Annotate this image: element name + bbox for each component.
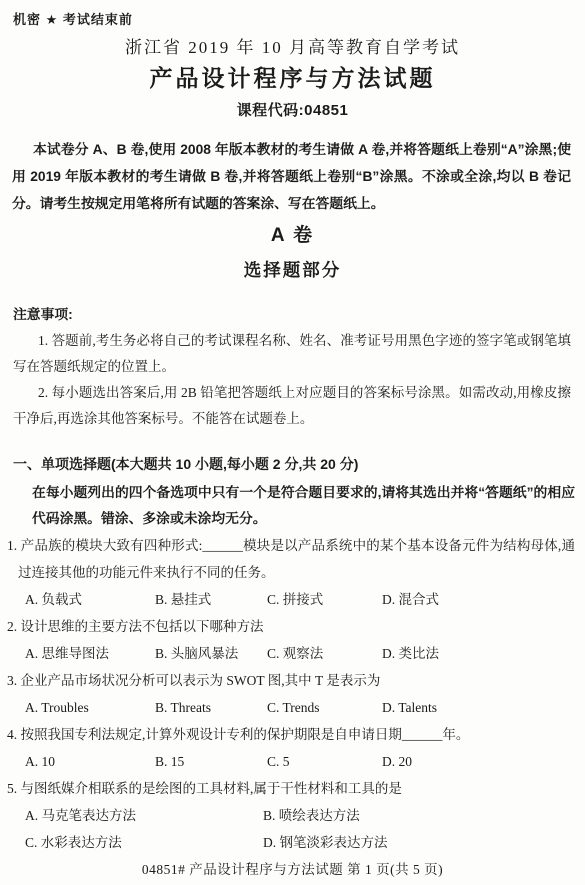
option-a: A. 10 xyxy=(25,748,155,775)
option-d: D. Talents xyxy=(382,694,577,721)
options-row: A. 思维导图法 B. 头脑风暴法 C. 观察法 D. 类比法 xyxy=(25,640,577,667)
option-b: B. 喷绘表达方法 xyxy=(263,802,577,829)
options-row: A. 负载式 B. 悬挂式 C. 拼接式 D. 混合式 xyxy=(25,586,577,613)
options-row: A. 10 B. 15 C. 5 D. 20 xyxy=(25,748,577,775)
single-choice-instruction: 在每小题列出的四个备选项中只有一个是符合题目要求的,请将其选出并将“答题纸”的相… xyxy=(32,480,575,532)
option-c: C. 观察法 xyxy=(267,640,382,667)
option-a: A. 马克笔表达方法 xyxy=(25,802,263,829)
option-d: D. 混合式 xyxy=(382,586,577,613)
option-b: B. 悬挂式 xyxy=(155,586,267,613)
question-text: 4. 按照我国专利法规定,计算外观设计专利的保护期限是自申请日期______年。 xyxy=(7,721,575,748)
question-block-3: 3. 企业产品市场状况分析可以表示为 SWOT 图,其中 T 是表示为 A. T… xyxy=(0,667,585,721)
section-title: 选择题部分 xyxy=(0,258,585,282)
single-choice-heading: 一、单项选择题(本大题共 10 小题,每小题 2 分,共 20 分) xyxy=(13,454,575,475)
option-d: D. 20 xyxy=(382,748,577,775)
paper-title: 产品设计程序与方法试题 xyxy=(0,63,585,93)
option-c: C. Trends xyxy=(267,694,382,721)
question-text: 1. 产品族的模块大致有四种形式:______模块是以产品系统中的某个基本设备元… xyxy=(7,532,575,586)
option-c: C. 拼接式 xyxy=(267,586,382,613)
course-code: 课程代码:04851 xyxy=(0,100,585,121)
note-item-2: 2. 每小题选出答案后,用 2B 铅笔把答题纸上对应题目的答案标号涂黑。如需改动… xyxy=(13,380,571,432)
question-block-4: 4. 按照我国专利法规定,计算外观设计专利的保护期限是自申请日期______年。… xyxy=(0,721,585,775)
ab-volume-notice: 本试卷分 A、B 卷,使用 2008 年版本教材的考生请做 A 卷,并将答题纸上… xyxy=(12,136,571,217)
volume-a-heading: A 卷 xyxy=(0,223,585,249)
question-text: 2. 设计思维的主要方法不包括以下哪种方法 xyxy=(7,613,575,640)
option-c: C. 5 xyxy=(267,748,382,775)
option-d: D. 类比法 xyxy=(382,640,577,667)
question-block-5: 5. 与图纸媒介相联系的是绘图的工具材料,属于干性材料和工具的是 A. 马克笔表… xyxy=(0,775,585,856)
question-text: 3. 企业产品市场状况分析可以表示为 SWOT 图,其中 T 是表示为 xyxy=(7,667,575,694)
question-text: 5. 与图纸媒介相联系的是绘图的工具材料,属于干性材料和工具的是 xyxy=(7,775,575,802)
exam-title: 浙江省 2019 年 10 月高等教育自学考试 xyxy=(0,36,585,60)
option-b: B. 15 xyxy=(155,748,267,775)
options-row: A. Troubles B. Threats C. Trends D. Tale… xyxy=(25,694,577,721)
page-footer: 04851# 产品设计程序与方法试题 第 1 页(共 5 页) xyxy=(0,860,585,879)
option-a: A. 负载式 xyxy=(25,586,155,613)
option-d: D. 钢笔淡彩表达方法 xyxy=(263,829,577,856)
options-grid: A. 马克笔表达方法 B. 喷绘表达方法 C. 水彩表达方法 D. 钢笔淡彩表达… xyxy=(25,802,577,856)
note-item-1: 1. 答题前,考生务必将自己的考试课程名称、姓名、准考证号用黑色字迹的签字笔或钢… xyxy=(13,328,571,380)
exam-paper-page: 机密 ★ 考试结束前 浙江省 2019 年 10 月高等教育自学考试 产品设计程… xyxy=(0,0,585,885)
option-c: C. 水彩表达方法 xyxy=(25,829,263,856)
option-b: B. Threats xyxy=(155,694,267,721)
question-block-1: 1. 产品族的模块大致有四种形式:______模块是以产品系统中的某个基本设备元… xyxy=(0,532,585,613)
notes-heading: 注意事项: xyxy=(13,305,585,325)
option-a: A. 思维导图法 xyxy=(25,640,155,667)
confidential-label: 机密 ★ 考试结束前 xyxy=(13,11,585,28)
question-block-2: 2. 设计思维的主要方法不包括以下哪种方法 A. 思维导图法 B. 头脑风暴法 … xyxy=(0,613,585,667)
option-a: A. Troubles xyxy=(25,694,155,721)
option-b: B. 头脑风暴法 xyxy=(155,640,267,667)
